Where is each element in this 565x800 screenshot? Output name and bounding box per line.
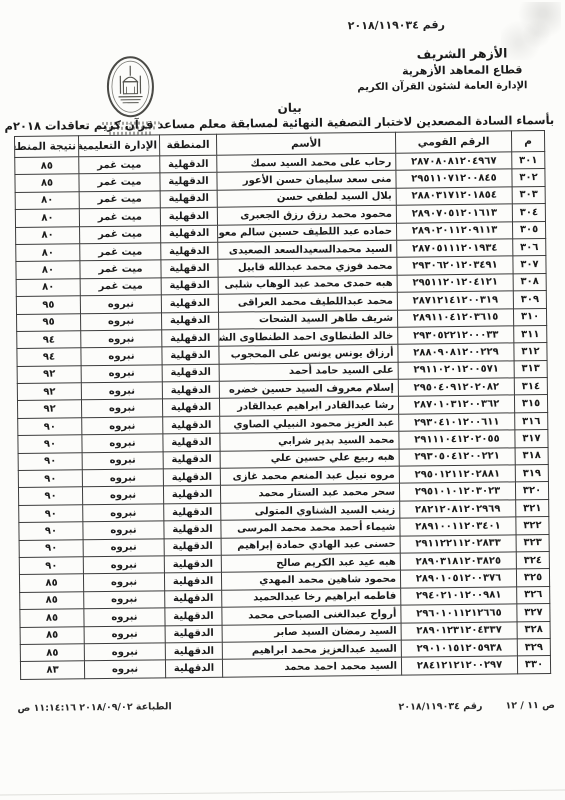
cell-score: ٩٠: [19, 539, 83, 557]
cell-name: محمد فوزي محمد عبدالله قابيل: [218, 258, 397, 277]
cell-name: فاطمه ابراهيم رخا عبدالحميد: [222, 588, 401, 607]
footer-doc-number: رقم ٢٠١٨/١١٩٠٣٤: [398, 701, 482, 713]
cell-region: الدقهلية: [165, 660, 222, 678]
scanned-document-page: رقم ٢٠١٨/١١٩٠٣٤ الأزهر الشريف قطاع المعا…: [0, 0, 565, 800]
cell-region: الدقهلية: [165, 642, 222, 660]
candidates-table: م الرقم القومي الأسم المنطقة الإدارة الت…: [14, 130, 551, 680]
cell-admin: نبروه: [81, 330, 162, 348]
cell-score: ٨٠: [15, 209, 79, 227]
cell-national-id: ٢٨٩٠١٢٣١٢٠٤٣٣٧: [401, 621, 517, 640]
cell-national-id: ٢٩١١٢٢١١٢٠٢٨٣٣: [400, 534, 516, 553]
cell-name: حسنى عبد الهادي حمادة إبراهيم: [221, 536, 400, 555]
cell-national-id: ٢٩٥١١٢٠١٢٠٤١٢١: [397, 274, 513, 293]
cell-serial: ٣٠٩: [513, 291, 546, 309]
cell-score: ٩٥: [17, 313, 81, 331]
cell-name: أرزاق يونس يونس على المحجوب: [219, 344, 398, 363]
header-cell-score: نتيجة المنطقة: [14, 136, 78, 158]
cell-region: الدقهلية: [165, 607, 222, 625]
cell-admin: ميت غمر: [79, 208, 160, 226]
cell-score: ٨٥: [15, 157, 79, 175]
cell-national-id: ٢٩٣٠٥٢٢١٢٠٠٠٣٣: [398, 326, 514, 345]
cell-name: خالد الطنطاوى احمد الطنطاوى الشنوانى: [219, 327, 398, 346]
cell-score: ٨٣: [20, 661, 84, 679]
cell-national-id: ٢٩٥١١٠٧١٢٠٠٨٤٥: [396, 169, 512, 188]
cell-name: السيد عبدالعزيز محمد ابراهيم: [222, 640, 401, 659]
cell-national-id: ٢٩٥٠١٢١١٢٠٢٨٨١: [399, 465, 515, 484]
doc-number-top: رقم ٢٠١٨/١١٩٠٣٤: [348, 18, 445, 32]
cell-national-id: ٢٩٠١٠١٥١٢٠٥٩٣٨: [401, 639, 517, 658]
cell-admin: نبروه: [84, 660, 165, 678]
cell-region: الدقهلية: [164, 503, 221, 521]
cell-national-id: ٢٩٥١٠١٠١٢٠٣٠٢٣: [399, 482, 515, 501]
cell-name: زينب السيد الشناوي المتولى: [221, 501, 400, 520]
page-indicator: ص ١١ / ١٢: [505, 700, 555, 712]
cell-name: عبد العزيز محمود النبيلي الصاوي: [220, 414, 399, 433]
cell-admin: نبروه: [84, 625, 165, 643]
cell-serial: ٣١٢: [514, 343, 547, 361]
cell-admin: نبروه: [83, 556, 164, 574]
cell-region: الدقهلية: [164, 555, 221, 573]
cell-national-id: ٢٨٩٠٢٠١١٢٠٩١١٣: [396, 221, 512, 240]
cell-region: الدقهلية: [163, 468, 220, 486]
cell-region: الدقهلية: [161, 260, 218, 278]
cell-name: رشا عبدالقادر ابراهيم عبدالقادر: [219, 397, 398, 416]
cell-score: ٨٥: [15, 174, 79, 192]
cell-serial: ٣٢٩: [517, 638, 550, 656]
cell-score: ٨٥: [20, 592, 84, 610]
cell-name: أرواح عبدالغنى الصباحى محمد: [222, 605, 401, 624]
cell-region: الدقهلية: [163, 433, 220, 451]
department-name: الإدارة العامة لشئون القرآن الكريم: [397, 78, 527, 94]
cell-national-id: ٢٩٥٠٤٠٩١٢٠٢٠٨٢: [398, 378, 514, 397]
cell-region: الدقهلية: [164, 538, 221, 556]
cell-admin: ميت غمر: [80, 243, 161, 261]
cell-score: ٨٥: [20, 626, 84, 644]
cell-admin: نبروه: [84, 591, 165, 609]
cell-admin: نبروه: [82, 451, 163, 469]
cell-region: الدقهلية: [161, 225, 218, 243]
cell-national-id: ٢٨٩١١٠٤١٢٠٣٦١٥: [397, 308, 513, 327]
cell-score: ٨٠: [16, 261, 80, 279]
cell-name: إسلام معروف السيد حسين خضره: [219, 379, 398, 398]
cell-national-id: ٢٨٩٠١٠٥١٢٠٠٣٧٦: [400, 569, 516, 588]
cell-name: السيد محمد احمد محمد: [222, 657, 401, 676]
cell-admin: ميت غمر: [79, 173, 160, 191]
cell-serial: ٣٠٦: [513, 238, 546, 256]
cell-national-id: ٢٨٩١٠٠١١٢٠٣٤٠١: [400, 517, 516, 536]
cell-national-id: ٢٨٤١٢١٢١٢٠٠٢٩٧: [401, 656, 517, 675]
cell-admin: نبروه: [81, 312, 162, 330]
cell-region: الدقهلية: [163, 416, 220, 434]
cell-name: هبه حمدى محمد عبد الوهاب شلبى: [218, 275, 397, 294]
cell-national-id: ٢٨٧٠٨٠٨١٢٠٤٩٦٧: [396, 152, 512, 171]
cell-score: ٩٠: [18, 435, 82, 453]
cell-serial: ٣١٠: [513, 308, 546, 326]
cell-serial: ٣١٧: [515, 430, 548, 448]
cell-admin: نبروه: [81, 365, 162, 383]
cell-serial: ٣٠٣: [512, 186, 545, 204]
cell-region: الدقهلية: [162, 364, 219, 382]
cell-region: الدقهلية: [162, 329, 219, 347]
header-cell-region: المنطقة: [159, 134, 216, 156]
cell-name: بلال السيد لطفي حسن: [217, 188, 396, 207]
cell-serial: ٣٢٢: [516, 517, 549, 535]
cell-serial: ٣٢٤: [516, 551, 549, 569]
cell-admin: نبروه: [84, 608, 165, 626]
cell-serial: ٣٢٨: [517, 621, 550, 639]
cell-name: مروه نبيل عبد المنعم محمد غازى: [220, 466, 399, 485]
cell-name: رحاب على محمد السيد سمك: [217, 153, 396, 172]
cell-name: السيد محمدالسعيدالسعد الصعيدى: [218, 240, 397, 259]
cell-serial: ٣٢٧: [517, 604, 550, 622]
cell-name: محمد عبداللطيف محمد العراقى: [218, 292, 397, 311]
cell-serial: ٣١٥: [514, 395, 547, 413]
cell-region: الدقهلية: [163, 486, 220, 504]
cell-serial: ٣٢١: [516, 499, 549, 517]
cell-name: على السيد حامد أحمد: [219, 362, 398, 381]
cell-admin: نبروه: [84, 643, 165, 661]
cell-score: ٩٥: [16, 296, 80, 314]
cell-serial: ٣١٤: [514, 378, 547, 396]
header-cell-name: الأسم: [216, 132, 395, 155]
statement-label: بيان: [255, 101, 325, 116]
cell-national-id: ٢٨٧٠١٠٣١٢٠٠٣٦٢: [398, 395, 514, 414]
cell-score: ٩٠: [18, 470, 82, 488]
cell-region: الدقهلية: [162, 381, 219, 399]
cell-admin: نبروه: [82, 469, 163, 487]
org-name: الأزهر الشريف: [397, 45, 527, 63]
cell-serial: ٣٢٠: [515, 482, 548, 500]
cell-score: ٩٠: [18, 418, 82, 436]
cell-score: ٩٢: [17, 400, 81, 418]
cell-region: الدقهلية: [161, 242, 218, 260]
cell-national-id: ٢٩٤٠٢١٠١٢٠٠٩٨١: [401, 587, 517, 606]
document-sheet: رقم ٢٠١٨/١١٩٠٣٤ الأزهر الشريف قطاع المعا…: [0, 0, 565, 800]
cell-name: محمود محمد رزق رزق الجعبرى: [217, 205, 396, 224]
cell-score: ٨٥: [20, 644, 84, 662]
cell-national-id: ٢٨٧١٢١٤١٢٠٠٣١٩: [397, 291, 513, 310]
cell-region: الدقهلية: [165, 625, 222, 643]
cell-region: الدقهلية: [161, 294, 218, 312]
cell-name: شريف طاهر السيد الشحات: [218, 310, 397, 329]
cell-serial: ٣١٣: [514, 360, 547, 378]
cell-admin: نبروه: [83, 538, 164, 556]
cell-admin: نبروه: [81, 382, 162, 400]
cell-score: ٨٥: [20, 609, 84, 627]
cell-serial: ٣٠٨: [513, 273, 546, 291]
cell-score: ٨٥: [19, 574, 83, 592]
cell-national-id: ٢٩٣٠٤١٠١٢٠٠٦١١: [399, 413, 515, 432]
cell-score: ٨٠: [16, 244, 80, 262]
cell-score: ٩٤: [17, 331, 81, 349]
cell-admin: نبروه: [81, 347, 162, 365]
cell-admin: نبروه: [82, 417, 163, 435]
cell-serial: ٣٠٥: [512, 221, 545, 239]
cell-region: الدقهلية: [162, 347, 219, 365]
cell-admin: ميت غمر: [80, 278, 161, 296]
cell-serial: ٣٢٣: [516, 534, 549, 552]
cell-serial: ٣١٦: [515, 412, 548, 430]
cell-name: السيد رمضان السيد صابر: [222, 623, 401, 642]
cell-score: ٩٢: [17, 365, 81, 383]
cell-national-id: ٢٩٣٠٥٠٤١٢٠٠٢٢١: [399, 448, 515, 467]
cell-score: ٩٤: [17, 348, 81, 366]
cell-serial: ٣٠٢: [512, 169, 545, 187]
cell-national-id: ٢٨٨٠٩٠٨١٢٠٠٢٢٩: [398, 343, 514, 362]
cell-admin: ميت غمر: [80, 260, 161, 278]
cell-region: الدقهلية: [160, 190, 217, 208]
cell-name: هبه عيد عبد الكريم صالح: [221, 553, 400, 572]
cell-region: الدقهلية: [163, 451, 220, 469]
header-cell-national-id: الرقم القومي: [395, 131, 511, 153]
cell-national-id: ٢٨٧٠٥١١١٢٠١٩٣٤: [397, 239, 513, 258]
cell-name: حماده عبد اللطيف حسين سالم معوض: [218, 223, 397, 242]
cell-serial: ٣٠٧: [513, 256, 546, 274]
cell-score: ٨٠: [15, 192, 79, 210]
cell-serial: ٣١١: [514, 325, 547, 343]
cell-score: ٩٢: [17, 383, 81, 401]
cell-national-id: ٢٨٨٠٣١٧١٢٠١٨٥٤: [396, 187, 512, 206]
cell-score: ٩٠: [18, 452, 82, 470]
cell-region: الدقهلية: [164, 573, 221, 591]
cell-admin: ميت غمر: [79, 156, 160, 174]
cell-admin: نبروه: [83, 573, 164, 591]
cell-serial: ٣٢٦: [517, 586, 550, 604]
cell-name: منى سعد سليمان حسن الأعور: [217, 171, 396, 190]
cell-name: محمد السيد بدير شرابي: [220, 431, 399, 450]
cell-admin: نبروه: [81, 399, 162, 417]
cell-score: ٩٠: [18, 487, 82, 505]
cell-admin: نبروه: [83, 521, 164, 539]
cell-admin: نبروه: [82, 434, 163, 452]
cell-region: الدقهلية: [164, 520, 221, 538]
letterhead: الأزهر الشريف قطاع المعاهد الأزهرية الإد…: [397, 45, 528, 94]
cell-national-id: ٢٩١١١٠٤١٢٠٢٠٥٥: [399, 430, 515, 449]
cell-score: ٩٠: [19, 505, 83, 523]
cell-serial: ٣٢٥: [516, 569, 549, 587]
cell-region: الدقهلية: [165, 590, 222, 608]
cell-national-id: ٢٩١١٠٢٠١٢٠٠٥٧١: [398, 361, 514, 380]
cell-region: الدقهلية: [160, 207, 217, 225]
cell-region: الدقهلية: [160, 155, 217, 173]
table-body: ٣٠١ ٢٨٧٠٨٠٨١٢٠٤٩٦٧ رحاب على محمد السيد س…: [15, 152, 551, 680]
cell-serial: ٣٠٤: [512, 204, 545, 222]
cell-name: هبه ربيع علي حسين علي: [220, 449, 399, 468]
cell-national-id: ٢٩٦٠١٠١١٢١٢٦٦٥: [401, 604, 517, 623]
cell-national-id: ٢٨٩٠٣١٨١٢٠٣٨٢٥: [400, 552, 516, 571]
header-cell-admin: الإدارة التعليمية: [78, 135, 159, 157]
cell-region: الدقهلية: [161, 312, 218, 330]
cell-national-id: ٢٨٩٠٧٠٥١٢٠١٦١٣: [396, 204, 512, 223]
cell-score: ٩٠: [19, 557, 83, 575]
cell-region: الدقهلية: [162, 399, 219, 417]
cell-name: سحر محمد عبد الستار محمد: [220, 484, 399, 503]
cell-admin: ميت غمر: [80, 225, 161, 243]
cell-score: ٨٠: [16, 279, 80, 297]
print-timestamp: الطباعة ٢٠١٨/٠٩/٠٢ ١١:١٤:١٦ ص: [17, 701, 171, 714]
cell-national-id: ٢٩٣٠٦٢٠١٢٠٣٤٩١: [397, 256, 513, 275]
cell-score: ٨٠: [16, 226, 80, 244]
cell-serial: ٣٠١: [512, 152, 545, 170]
cell-serial: ٣١٨: [515, 447, 548, 465]
cell-national-id: ٢٨٢١٢٠٨١٢٠٢٩٦٩: [400, 500, 516, 519]
cell-score: ٩٠: [19, 522, 83, 540]
cell-admin: نبروه: [82, 486, 163, 504]
cell-admin: نبروه: [83, 504, 164, 522]
header-cell-serial: م: [511, 131, 544, 152]
cell-region: الدقهلية: [161, 277, 218, 295]
cell-admin: ميت غمر: [79, 191, 160, 209]
sector-name: قطاع المعاهد الأزهرية: [397, 62, 527, 79]
cell-serial: ٣٣٠: [517, 656, 550, 674]
cell-serial: ٣١٩: [515, 465, 548, 483]
cell-name: شيماء أحمد محمد محمد المرسى: [221, 518, 400, 537]
cell-region: الدقهلية: [160, 173, 217, 191]
cell-admin: نبروه: [80, 295, 161, 313]
cell-name: محمود شاهين محمد المهدي: [221, 571, 400, 590]
